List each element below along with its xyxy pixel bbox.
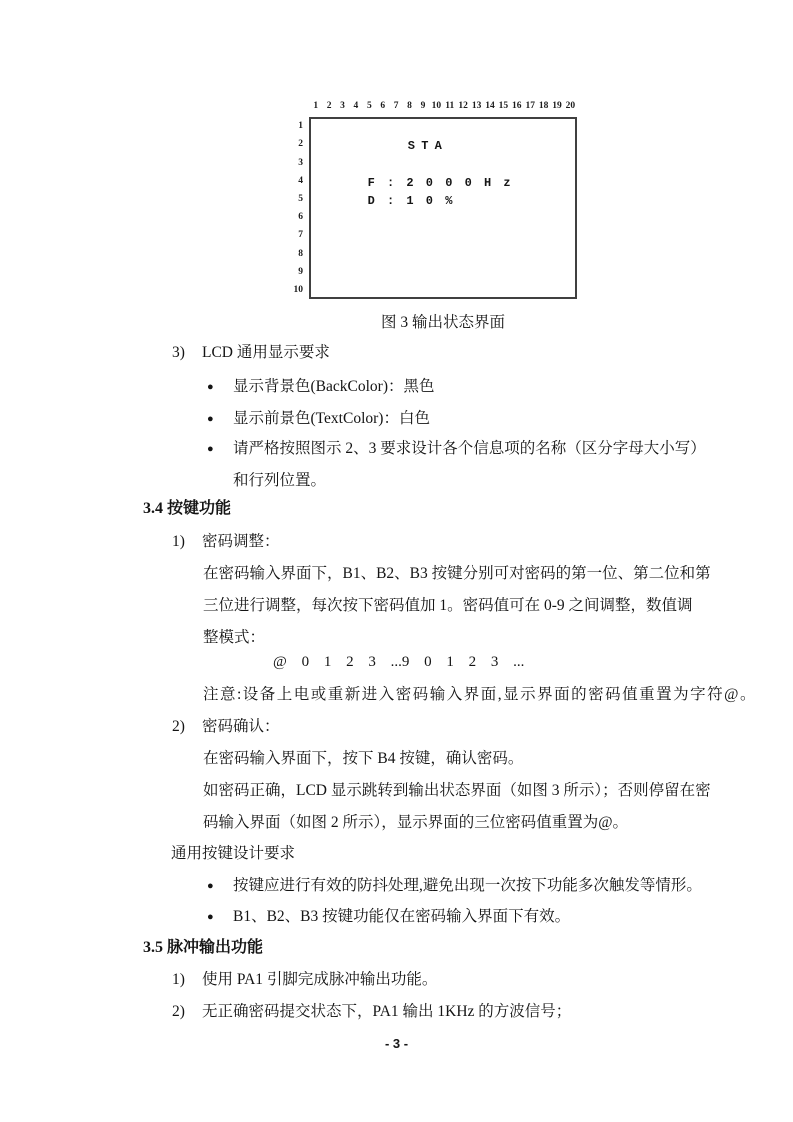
lcd-column-number: 16 (510, 100, 523, 113)
list-text: 密码调整： (202, 533, 280, 550)
list-number: 2) (172, 996, 202, 1028)
list-text: 使用 PA1 引脚完成脉冲输出功能。 (202, 971, 437, 988)
numbered-item: 2)密码确认： (0, 711, 793, 743)
bullet-text: 显示前景色(TextColor)：白色 (233, 410, 430, 427)
bullet-item: ●B1、B2、B3 按键功能仅在密码输入界面下有效。 (0, 901, 793, 933)
lcd-column-number: 20 (564, 100, 577, 113)
lcd-row-number: 4 (284, 172, 306, 190)
list-number: 1) (172, 964, 202, 996)
bullet-text: B1、B2、B3 按键功能仅在密码输入界面下有效。 (233, 908, 570, 925)
lcd-row-number: 10 (284, 281, 306, 299)
lcd-column-number: 5 (363, 100, 376, 113)
lcd-row-number: 3 (284, 153, 306, 171)
bullet-icon: ● (207, 433, 233, 465)
bullet-text: 请严格按照图示 2、3 要求设计各个信息项的名称（区分字母大小写） (233, 440, 706, 457)
lcd-column-numbers: 1234567891011121314151617181920 (309, 100, 577, 113)
numbered-item: 1)密码调整： (0, 526, 793, 558)
lcd-column-number: 7 (389, 100, 402, 113)
lcd-row-number: 8 (284, 244, 306, 262)
lcd-column-number: 9 (416, 100, 429, 113)
document-body: 3)LCD 通用显示要求●显示背景色(BackColor)：黑色●显示前景色(T… (0, 337, 793, 1028)
bullet-text: 显示背景色(BackColor)：黑色 (233, 378, 434, 395)
lcd-row-number: 1 (284, 117, 306, 135)
sequence-line: @ 0 1 2 3 ...9 0 1 2 3 ... (0, 646, 793, 678)
lcd-text-line: D:10% (368, 194, 465, 208)
body-line: 在密码输入界面下，B1、B2、B3 按键分别可对密码的第一位、第二位和第 (0, 558, 793, 590)
lcd-text-line: STA (408, 139, 448, 153)
lcd-column-number: 2 (322, 100, 335, 113)
numbered-item: 3)LCD 通用显示要求 (0, 337, 793, 369)
list-number: 1) (172, 526, 202, 558)
lcd-screen: STAF:2000HzD:10% (309, 117, 577, 299)
lcd-column-number: 13 (470, 100, 483, 113)
section-heading: 3.5 脉冲输出功能 (0, 932, 793, 964)
lcd-column-number: 12 (456, 100, 469, 113)
lcd-column-number: 19 (550, 100, 563, 113)
list-text: 无正确密码提交状态下，PA1 输出 1KHz 的方波信号； (202, 1003, 571, 1020)
lcd-row-number: 6 (284, 208, 306, 226)
bullet-item: ●显示前景色(TextColor)：白色 (0, 403, 793, 435)
list-text: 密码确认： (202, 718, 280, 735)
body-line: 在密码输入界面下，按下 B4 按键，确认密码。 (0, 743, 793, 775)
list-number: 3) (172, 337, 202, 369)
lcd-row-number: 9 (284, 263, 306, 281)
lcd-column-number: 18 (537, 100, 550, 113)
lcd-column-number: 17 (524, 100, 537, 113)
lcd-text-line: F:2000Hz (368, 176, 523, 190)
lcd-column-number: 6 (376, 100, 389, 113)
note-line: 注意:设备上电或重新进入密码输入界面,显示界面的密码值重置为字符@。 (0, 679, 793, 711)
lcd-row-number: 2 (284, 135, 306, 153)
lcd-row-numbers: 12345678910 (284, 117, 306, 299)
body-line: 码输入界面（如图 2 所示），显示界面的三位密码值重置为@。 (0, 807, 793, 839)
bullet-icon: ● (207, 403, 233, 435)
figure-caption: 图 3 输出状态界面 (309, 310, 577, 332)
lcd-column-number: 11 (443, 100, 456, 113)
bullet-icon: ● (207, 870, 233, 902)
lcd-row-number: 5 (284, 190, 306, 208)
bullet-item: ●显示背景色(BackColor)：黑色 (0, 371, 793, 403)
numbered-item: 1)使用 PA1 引脚完成脉冲输出功能。 (0, 964, 793, 996)
bullet-item: ●请严格按照图示 2、3 要求设计各个信息项的名称（区分字母大小写） (0, 433, 793, 465)
list-number: 2) (172, 711, 202, 743)
section-heading: 3.4 按键功能 (0, 493, 793, 525)
bullet-icon: ● (207, 371, 233, 403)
document-page: 1234567891011121314151617181920 12345678… (0, 0, 793, 1122)
lcd-row-number: 7 (284, 226, 306, 244)
page-number: - 3 - (0, 1036, 793, 1051)
bullet-item: ●按键应进行有效的防抖处理,避免出现一次按下功能多次触发等情形。 (0, 870, 793, 902)
lcd-column-number: 10 (430, 100, 443, 113)
bullet-text: 按键应进行有效的防抖处理,避免出现一次按下功能多次触发等情形。 (233, 877, 702, 894)
list-text: LCD 通用显示要求 (202, 344, 330, 361)
lcd-column-number: 3 (336, 100, 349, 113)
body-line: 如密码正确，LCD 显示跳转到输出状态界面（如图 3 所示）；否则停留在密 (0, 775, 793, 807)
lcd-column-number: 15 (497, 100, 510, 113)
body-line: 三位进行调整，每次按下密码值加 1。密码值可在 0-9 之间调整，数值调 (0, 590, 793, 622)
lcd-column-number: 1 (309, 100, 322, 113)
body-line: 通用按键设计要求 (0, 838, 793, 870)
bullet-icon: ● (207, 901, 233, 933)
lcd-column-number: 14 (483, 100, 496, 113)
lcd-column-number: 4 (349, 100, 362, 113)
lcd-column-number: 8 (403, 100, 416, 113)
numbered-item: 2)无正确密码提交状态下，PA1 输出 1KHz 的方波信号； (0, 996, 793, 1028)
